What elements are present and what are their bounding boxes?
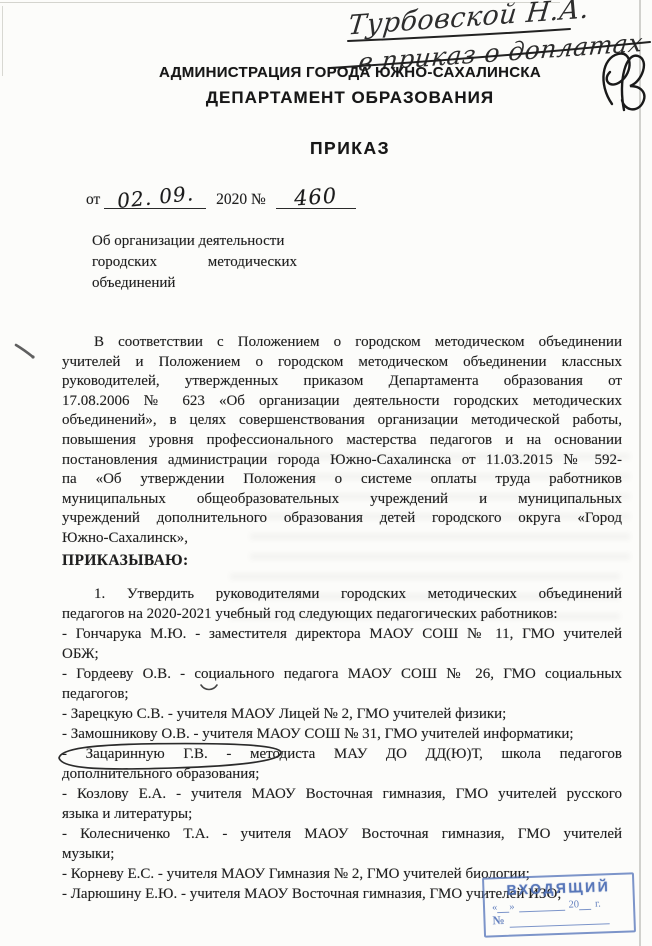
preamble-line: учителей и Положением о городском методи…	[62, 353, 622, 373]
date-prefix: от	[86, 191, 100, 208]
preamble-line: муниципальных общеобразовательных учрежд…	[62, 490, 622, 510]
document-type: ПРИКАЗ	[24, 138, 652, 159]
list-item-line: педагогов;	[62, 684, 622, 704]
resolution-word: ПРИКАЗЫВАЮ:	[62, 552, 189, 570]
subject-line: Об организации деятельности	[92, 231, 297, 252]
list-item-line: ОБЖ;	[62, 644, 622, 664]
appointee-list: - Гончарука М.Ю. - заместителя директора…	[62, 624, 622, 904]
list-item: - Козлову Е.А. - учителя МАОУ Восточная …	[62, 784, 622, 824]
preamble-line: 17.08.2006 № 623 «Об организации деятель…	[62, 392, 622, 412]
preamble-line: учреждений дополнительного образования д…	[62, 509, 622, 529]
incoming-stamp: ВХОДЯЩИЙ « » 20 г. №	[482, 872, 636, 937]
list-item-line: языка и литературы;	[62, 804, 622, 824]
list-item: - Гордееву О.В. - социального педагога М…	[62, 664, 622, 704]
stamp-number-blank	[509, 912, 609, 927]
preamble-line: объединений», в целях совершенствования …	[62, 411, 622, 431]
preamble-line: руководителей, утвержденных приказом Деп…	[62, 372, 622, 392]
stamp-quote-close: »	[509, 902, 515, 913]
preamble-line: В соответствии с Положением о городском …	[62, 333, 622, 353]
stamp-year-prefix: 20	[568, 899, 579, 910]
subject-line: городских методических	[92, 252, 297, 273]
list-item: - Зарецкую С.В. - учителя МАОУ Лицей № 2…	[62, 704, 622, 724]
stamp-number-sign: №	[492, 913, 505, 928]
list-item-line: - Колесниченко Т.А. - учителя МАОУ Восто…	[62, 824, 622, 844]
handwritten-date: 02. 09.	[116, 181, 195, 213]
list-item-line: - Зацаринную Г.В. - методиста МАУ ДО ДД(…	[62, 744, 622, 764]
circled-name-text: - Зацаринную Г.В.	[62, 746, 208, 762]
scan-edge-line	[2, 6, 3, 76]
scanned-order-document: Турбовской Н.А. в приказ о доплатах АДМИ…	[0, 0, 652, 946]
list-item-line: - Козлову Е.А. - учителя МАОУ Восточная …	[62, 784, 622, 804]
list-item: - Зацаринную Г.В. - методиста МАУ ДО ДД(…	[62, 744, 622, 784]
organization-name: АДМИНИСТРАЦИЯ ГОРОДА ЮЖНО-САХАЛИНСКА	[24, 64, 652, 81]
preamble-paragraph: В соответствии с Положением о городском …	[62, 333, 622, 549]
pen-breve-mark	[198, 682, 220, 694]
list-item-text: - методиста МАУ ДО ДД(Ю)Т, школа педагог…	[226, 746, 622, 762]
list-item-line: - Зарецкую С.В. - учителя МАОУ Лицей № 2…	[62, 704, 622, 724]
stamp-year-blank	[579, 898, 591, 910]
order-date-number-line: от 02. 09. 2020 № 460	[86, 184, 356, 209]
pen-tick-mark	[12, 340, 38, 364]
subject-line: объединений	[92, 273, 297, 294]
circled-name: - Зацаринную Г.В.	[62, 746, 208, 762]
document-header: АДМИНИСТРАЦИЯ ГОРОДА ЮЖНО-САХАЛИНСКА ДЕП…	[24, 64, 652, 108]
item-line: 1. Утвердить руководителями городских ме…	[62, 584, 622, 604]
stamp-year-suffix: г.	[595, 899, 601, 910]
list-item-line: - Замошникову О.В. - учителя МАОУ СОШ № …	[62, 724, 622, 744]
preamble-line: постановления администрации города Южно-…	[62, 451, 622, 471]
list-item: - Гончарука М.Ю. - заместителя директора…	[62, 624, 622, 664]
order-number: 460	[276, 184, 356, 209]
list-item-line: дополнительного образования;	[62, 764, 622, 784]
preamble-line: повышения уровня профессионального масте…	[62, 431, 622, 451]
handwritten-number: 460	[293, 184, 338, 211]
stamp-month-blank	[518, 899, 564, 913]
list-item-line: - Гордееву О.В. - социального педагога М…	[62, 664, 622, 684]
order-item-1: 1. Утвердить руководителями городских ме…	[62, 584, 622, 624]
item-line: педагогов на 2020-2021 учебный год следу…	[62, 604, 622, 624]
list-item-line: - Гончарука М.Ю. - заместителя директора…	[62, 624, 622, 644]
order-date: 02. 09.	[104, 184, 206, 209]
list-item: - Замошникову О.В. - учителя МАОУ СОШ № …	[62, 724, 622, 744]
order-subject: Об организации деятельности городских ме…	[92, 231, 297, 294]
list-item-line: музыки;	[62, 844, 622, 864]
preamble-line: па «Об утверждении Положения о системе о…	[62, 470, 622, 490]
year-and-number-sign: 2020 №	[216, 191, 266, 208]
stamp-day-blank	[497, 901, 509, 913]
list-item: - Колесниченко Т.А. - учителя МАОУ Восто…	[62, 824, 622, 864]
department-name: ДЕПАРТАМЕНТ ОБРАЗОВАНИЯ	[24, 88, 652, 108]
preamble-line: Южно-Сахалинск»,	[62, 529, 622, 549]
